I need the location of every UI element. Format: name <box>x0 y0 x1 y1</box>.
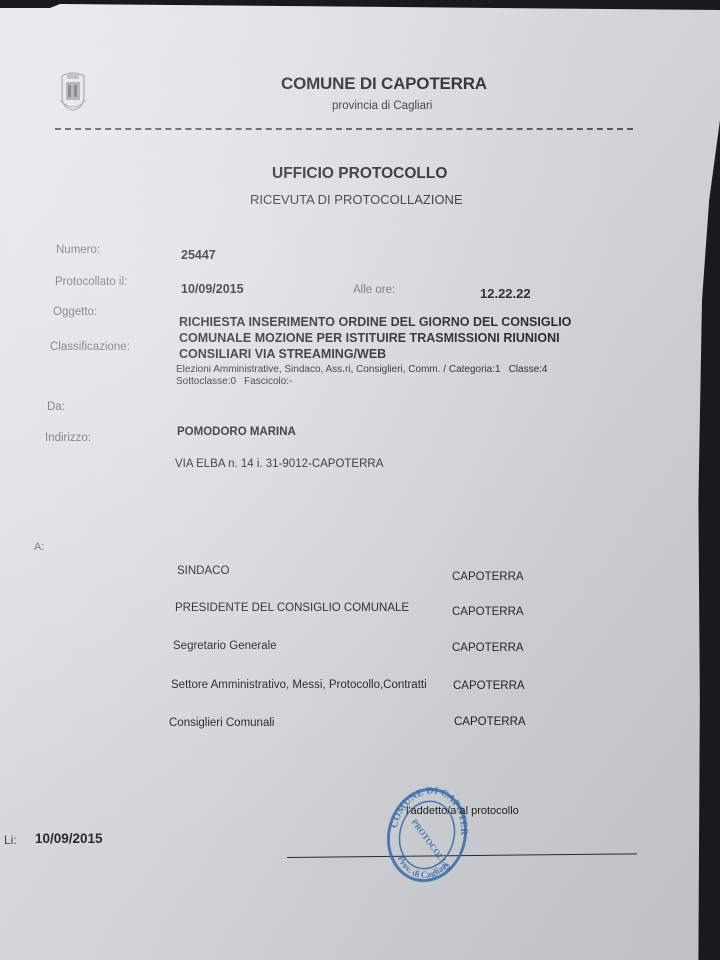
recipient-city: CAPOTERRA <box>454 716 526 728</box>
document-page: COMUNE DI CAPOTERRA provincia di Cagliar… <box>0 0 720 960</box>
li-date: 10/09/2015 <box>35 831 103 846</box>
signature-label: l'addetto/a al protocollo <box>406 805 519 817</box>
recipient-name: SINDACO <box>177 565 229 577</box>
municipality-name: COMUNE DI CAPOTERRA <box>281 74 487 94</box>
office-title: UFFICIO PROTOCOLLO <box>272 165 447 183</box>
classificazione-classe: Classe:4 <box>509 364 548 375</box>
recipient-name: PRESIDENTE DEL CONSIGLIO COMUNALE <box>175 602 409 614</box>
recipient-city: CAPOTERRA <box>453 680 525 692</box>
recipients-label: A: <box>34 541 44 553</box>
oggetto-value: RICHIESTA INSERIMENTO ORDINE DEL GIORNO … <box>179 314 629 362</box>
recipient-city: CAPOTERRA <box>452 571 524 583</box>
recipient-name: Consiglieri Comunali <box>169 717 274 729</box>
header-divider <box>55 128 633 130</box>
protocollato-label: Protocollato il: <box>55 276 127 288</box>
recipient-name: Segretario Generale <box>173 640 277 652</box>
classificazione-categoria: Elezioni Amministrative, Sindaco, Ass.ri… <box>176 364 501 375</box>
numero-label: Numero: <box>56 244 100 256</box>
recipient-name: Settore Amministrativo, Messi, Protocoll… <box>171 679 427 691</box>
alle-ore-value: 12.22.22 <box>480 286 531 301</box>
province-name: provincia di Cagliari <box>332 100 432 112</box>
indirizzo-label: Indirizzo: <box>45 432 91 444</box>
sender-name: POMODORO MARINA <box>177 426 296 438</box>
sender-address: VIA ELBA n. 14 i. 31-9012-CAPOTERRA <box>175 458 383 470</box>
classificazione-fascicolo: Fascicolo:- <box>244 376 292 387</box>
protocollato-value: 10/09/2015 <box>181 282 244 296</box>
classificazione-value: Elezioni Amministrative, Sindaco, Ass.ri… <box>176 364 626 388</box>
recipient-city: CAPOTERRA <box>452 606 524 618</box>
municipal-crest-icon <box>58 70 88 112</box>
classificazione-sottoclasse: Sottoclasse:0 <box>176 376 236 387</box>
alle-ore-label: Alle ore: <box>353 284 395 296</box>
oggetto-label: Oggetto: <box>53 306 97 318</box>
li-label: Li: <box>4 833 17 847</box>
official-stamp-icon: COMUNE DI CAPOTERRA PROTOCOLLO Prov. di … <box>382 780 472 890</box>
numero-value: 25447 <box>181 248 216 262</box>
da-label: Da: <box>47 401 65 413</box>
recipient-city: CAPOTERRA <box>452 642 524 654</box>
document-subtitle: RICEVUTA DI PROTOCOLLAZIONE <box>250 192 463 207</box>
classificazione-label: Classificazione: <box>50 341 130 353</box>
